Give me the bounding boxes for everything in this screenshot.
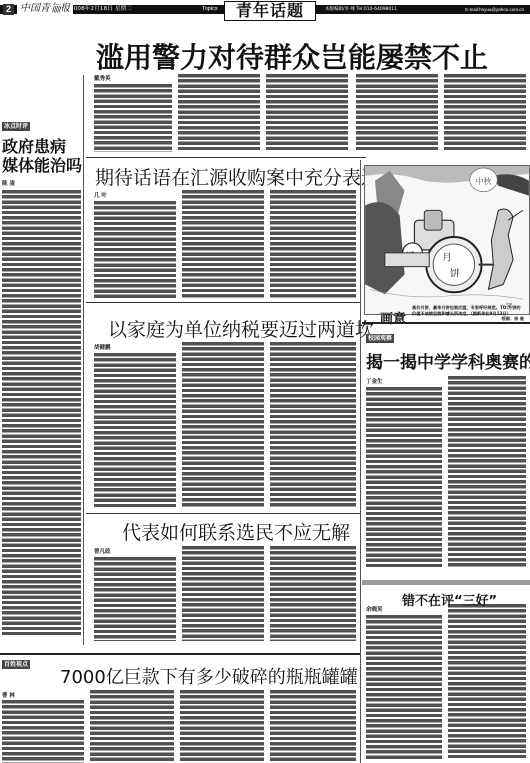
lead-bottom-rule: [86, 157, 366, 158]
tax-bottom-rule: [86, 513, 361, 514]
expect-headline: 期待话语在汇源收购案中充分表达: [95, 163, 380, 190]
lead-body-col-2: [178, 74, 260, 152]
olympiad-kicker: 校园观察: [366, 334, 394, 343]
olympiad-body-col-2: [448, 376, 526, 567]
three-good-top-bar: [362, 580, 530, 585]
moon-label: 中秋: [476, 176, 492, 186]
slash-decoration-icon: /////: [52, 5, 62, 14]
lead-headline: 滥用警力对待群众岂能屡禁不止: [96, 36, 488, 76]
lead-body-col-3: [266, 74, 348, 152]
svg-text:月: 月: [442, 252, 452, 264]
cartoon-image: 中秋 XO 月 饼 SF: [364, 165, 530, 315]
bottom-kicker: 百姓视点: [2, 660, 30, 669]
representative-body-col-3: [270, 546, 356, 641]
left-byline: 陈 凌: [2, 180, 15, 188]
three-good-body-col-1: [366, 615, 442, 760]
left-column-divider: [83, 75, 84, 645]
bottom-byline: 曹 林: [2, 692, 15, 700]
cartoon-caption: 高价月饼、豪华月饼包装泛滥，专家呼吁规范。TO:月饼的价值不该被包装和噱头所决定…: [412, 305, 524, 322]
bottom-headline: 7000亿巨款下有多少破碎的瓶瓶罐罐: [60, 663, 358, 689]
page-number: 2: [3, 4, 14, 15]
left-headline-line-2: 媒体能治吗: [2, 156, 82, 175]
cartoon-credit: 绘画：徐 骏: [502, 316, 524, 322]
bottom-body-col-2: [90, 690, 174, 763]
cartoon-title: 画意: [380, 308, 406, 327]
left-headline-line-1: 政府患病: [2, 137, 82, 156]
bottom-body-col-4: [270, 690, 356, 763]
issue-date: 2008年2月18日 星期二: [70, 5, 132, 14]
topics-label: Topics: [202, 5, 218, 14]
three-good-body-col-2: [448, 604, 526, 760]
editor-email: E-mail:hnyuu@yahoo.com.cn: [465, 5, 524, 14]
representative-byline: 曾凡政: [94, 548, 111, 556]
bottom-body-col-1: [2, 700, 84, 763]
masthead: 2 中国青年报 ///// 2008年2月18日 星期二 Topics 青年话题…: [0, 0, 530, 22]
left-headline: 政府患病 媒体能治吗: [2, 137, 82, 175]
olympiad-body-col-1: [366, 387, 442, 567]
expect-bottom-rule: [86, 302, 361, 303]
tax-body-col-1: [94, 353, 176, 508]
expect-byline: 几 叶: [94, 192, 107, 200]
expect-body-col-2: [182, 190, 264, 298]
bottom-section-rule: [0, 653, 360, 655]
left-kicker: 冰点时评: [2, 122, 30, 131]
representative-headline: 代表如何联系选民不应无解: [122, 518, 350, 545]
tax-byline: 胡健鹏: [94, 344, 111, 352]
lead-body-col-1: [94, 84, 172, 152]
paper-logo: 中国青年报: [17, 2, 73, 16]
representative-body-col-1: [94, 557, 176, 641]
bottom-body-col-3: [180, 690, 264, 763]
left-article-body: [2, 190, 81, 635]
tax-body-col-3: [270, 342, 356, 508]
tax-body-col-2: [182, 342, 264, 508]
lead-body-col-5: [444, 74, 526, 152]
section-title: 青年话题: [224, 1, 316, 21]
right-column-divider: [360, 160, 361, 763]
olympiad-headline: 揭一揭中学学科奥赛的短: [366, 348, 530, 373]
lead-body-col-4: [356, 74, 438, 152]
olympiad-byline: 丁金生: [366, 378, 383, 386]
cartoon-bottom-rule: [362, 322, 530, 324]
three-good-byline: 余晓炅: [366, 606, 383, 614]
expect-body-col-1: [94, 201, 176, 298]
tax-headline: 以家庭为单位纳税要迈过两道坎: [108, 315, 374, 342]
cartoon-caption-body: 高价月饼、豪华月饼包装泛滥，专家呼吁规范。TO:月饼的价值不该被包装和噱头所决定…: [412, 305, 521, 316]
lead-byline: 戴秀英: [94, 75, 111, 83]
editor-info: 本版编辑/李 峰 Tel:010-64098011: [325, 5, 397, 14]
svg-text:饼: 饼: [450, 267, 460, 280]
representative-body-col-2: [182, 546, 264, 641]
expect-body-col-3: [270, 190, 356, 298]
